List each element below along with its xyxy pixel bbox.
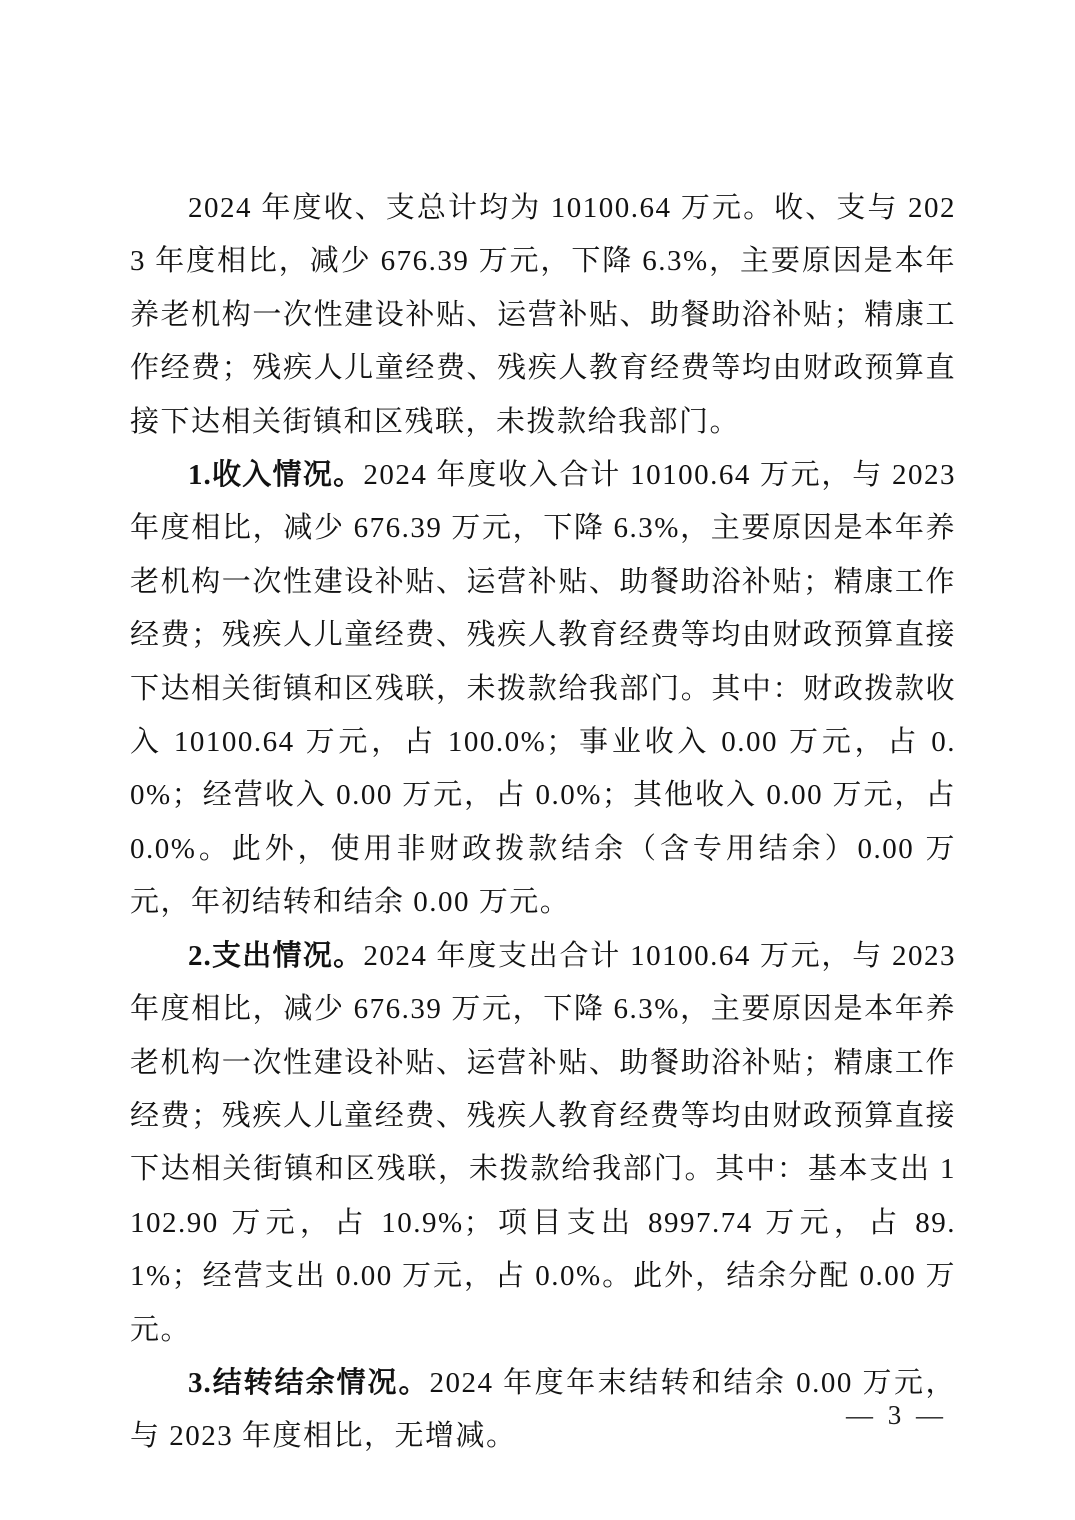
paragraph-expenditure: 2.支出情况。2024 年度支出合计 10100.64 万元，与 2023 年度… [130, 930, 956, 1357]
paragraph-text: 2024 年度支出合计 10100.64 万元，与 2023 年度相比，减少 6… [130, 940, 956, 1346]
paragraph-summary: 2024 年度收、支总计均为 10100.64 万元。收、支与 2023 年度相… [130, 182, 956, 449]
paragraph-lead: 2.支出情况。 [188, 940, 363, 972]
page-number: — 3 — [0, 1400, 947, 1431]
paragraph-text: 2024 年度收、支总计均为 10100.64 万元。收、支与 2023 年度相… [130, 192, 956, 438]
document-body: 2024 年度收、支总计均为 10100.64 万元。收、支与 2023 年度相… [130, 182, 956, 1464]
paragraph-income: 1.收入情况。2024 年度收入合计 10100.64 万元，与 2023 年度… [130, 449, 956, 930]
paragraph-lead: 1.收入情况。 [188, 459, 363, 491]
paragraph-lead: 3.结转结余情况。 [188, 1367, 429, 1399]
document-page: 2024 年度收、支总计均为 10100.64 万元。收、支与 2023 年度相… [0, 0, 1075, 1520]
paragraph-text: 2024 年度收入合计 10100.64 万元，与 2023 年度相比，减少 6… [130, 459, 956, 918]
